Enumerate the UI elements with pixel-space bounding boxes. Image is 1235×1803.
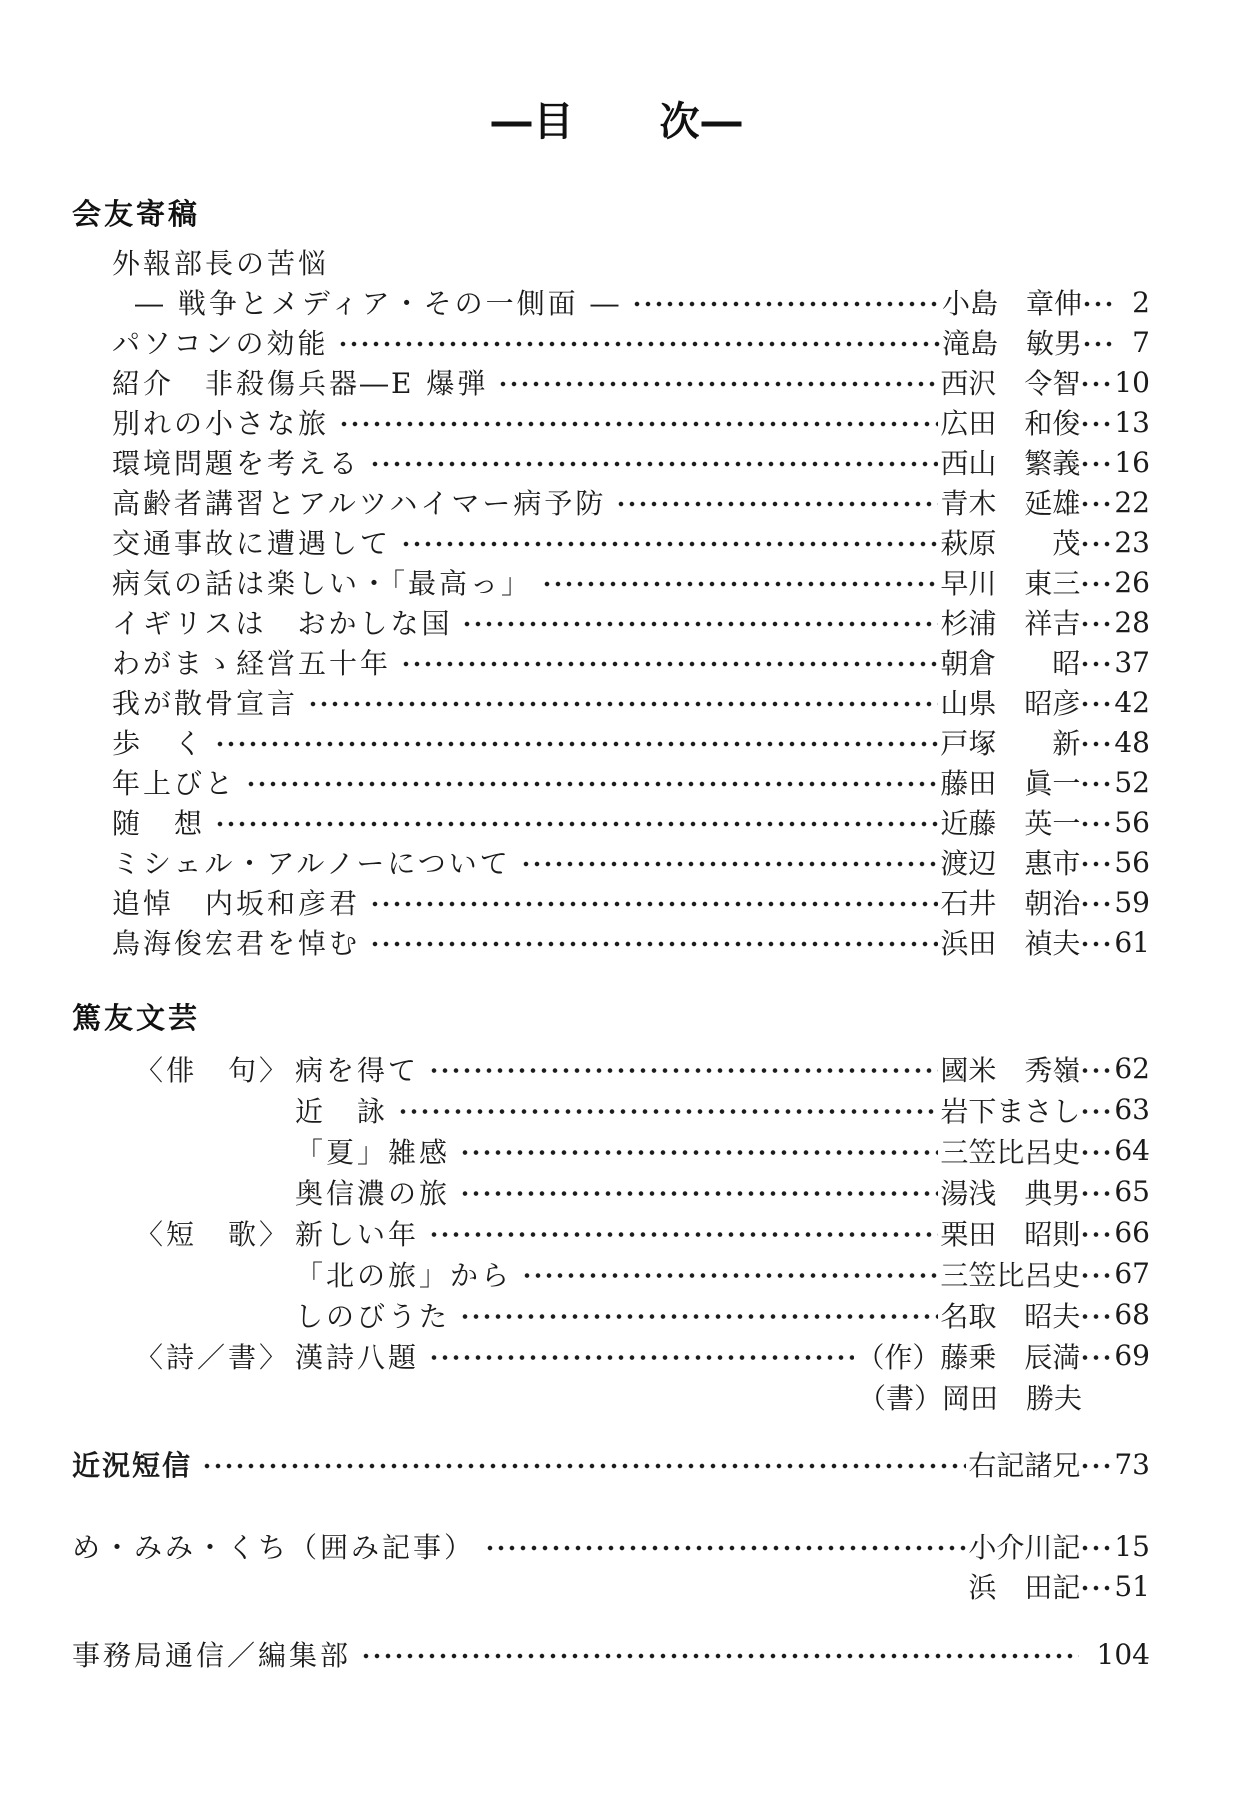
leader-dots-short [1080, 1253, 1114, 1294]
entry-title: 奥信濃の旅 [295, 1172, 450, 1212]
toc-entry: 近 詠 岩下まさし 63 [0, 1089, 1235, 1130]
entry-title: 病を得て [295, 1049, 419, 1089]
leader-dots [370, 922, 938, 962]
entry-title: 「夏」雑感 [295, 1131, 450, 1171]
toc-entry-jimukyoku: 事務局通信／編集部 104 [0, 1634, 1235, 1674]
leader-dots-short [1080, 882, 1114, 922]
leader-dots [338, 322, 940, 362]
toc-entry: ミシェル・アルノーについて 渡辺 惠市 56 [0, 842, 1235, 882]
leader-dots-short [1080, 562, 1114, 602]
entry-author: （書）岡田 勝夫 [858, 1377, 1082, 1417]
bungei-entries: 〈俳 句〉 病を得て 國米 秀嶺 62 近 詠 岩下まさし 63 「夏」雑感 三… [0, 1048, 1235, 1417]
leader-dots-short [1080, 762, 1114, 802]
entry-page-number: 62 [1114, 1052, 1150, 1085]
entry-title: パソコンの効能 [112, 322, 328, 362]
leader-dots [361, 1634, 1079, 1674]
toc-entry: パソコンの効能 滝島 敏男 7 [0, 322, 1235, 362]
entry-page-number: 15 [1114, 1530, 1150, 1563]
footer-entries: 近況短信 右記諸兄 73 め・みみ・くち（囲み記事） 小介川記 15 浜 田記 … [0, 1444, 1235, 1674]
entry-title: め・みみ・くち（囲み記事） [72, 1526, 475, 1566]
toc-entry: 〈俳 句〉 病を得て 國米 秀嶺 62 [0, 1048, 1235, 1089]
entry-title: 紹介 非殺傷兵器―E 爆弾 [112, 362, 488, 402]
entry-title: 高齢者講習とアルツハイマー病予防 [112, 482, 606, 522]
leader-dots [401, 522, 938, 562]
entry-author: 西山 繁義 [940, 442, 1080, 482]
leader-dots [460, 1294, 938, 1335]
toc-entry: 外報部長の苦悩 [0, 242, 1235, 282]
leader-dots [429, 1048, 938, 1089]
toc-entry: 高齢者講習とアルツハイマー病予防 青木 延雄 22 [0, 482, 1235, 522]
toc-entry: 鳥海俊宏君を悼む 浜田 禎夫 61 [0, 922, 1235, 962]
entry-title: イギリスは おかしな国 [112, 602, 452, 642]
leader-dots [521, 842, 939, 882]
leader-dots-short [1080, 922, 1114, 962]
entry-author: 浜田 禎夫 [940, 922, 1080, 962]
leader-dots [215, 722, 938, 762]
leader-dots [462, 602, 938, 642]
leader-dots [202, 1444, 966, 1484]
kaiyu-entries: 外報部長の苦悩 ― 戦争とメディア・その一側面 ― 小島 章伸 2 パソコンの効… [0, 242, 1235, 962]
entry-page-number: 26 [1114, 566, 1150, 599]
entry-author: 戸塚 新 [940, 722, 1080, 762]
entry-title: わがまゝ経営五十年 [112, 642, 391, 682]
entry-title: 漢詩八題 [295, 1336, 419, 1376]
toc-entry: 交通事故に遭遇して 萩原 茂 23 [0, 522, 1235, 562]
entry-author: 浜 田記 [968, 1566, 1080, 1606]
entry-title: 鳥海俊宏君を悼む [112, 922, 360, 962]
entry-title: 環境問題を考える [112, 442, 360, 482]
entry-page-number: 63 [1114, 1093, 1150, 1126]
entry-title: 外報部長の苦悩 [112, 242, 329, 282]
leader-dots-short [1080, 1566, 1114, 1606]
entry-author: 萩原 茂 [940, 522, 1080, 562]
entry-author: 三笠比呂史 [940, 1254, 1080, 1294]
leader-dots [370, 442, 938, 482]
leader-dots [246, 762, 938, 802]
entry-title: 年上びと [112, 762, 236, 802]
entry-title: 新しい年 [295, 1213, 419, 1253]
leader-dots [485, 1526, 966, 1566]
entry-author: 西沢 令智 [940, 362, 1080, 402]
leader-dots-short [1080, 722, 1114, 762]
entry-author: 栗田 昭則 [940, 1213, 1080, 1253]
leader-dots-short [1082, 282, 1116, 322]
entry-author: 山県 昭彦 [940, 682, 1080, 722]
entry-page-number: 64 [1114, 1134, 1150, 1167]
toc-entry: 我が散骨宣言 山県 昭彦 42 [0, 682, 1235, 722]
leader-dots-short [1080, 1212, 1114, 1253]
entry-author: 杉浦 祥吉 [940, 602, 1080, 642]
entry-title: 近況短信 [72, 1444, 192, 1484]
entry-author: 岩下まさし [940, 1090, 1080, 1130]
entry-page-number: 66 [1114, 1216, 1150, 1249]
leader-dots [542, 562, 938, 602]
entry-page-number: 28 [1114, 606, 1150, 639]
category-label-shi-sho: 〈詩／書〉 [135, 1336, 295, 1376]
entry-author: 広田 和俊 [940, 402, 1080, 442]
leader-dots-short [1080, 1130, 1114, 1171]
leader-dots-short [1080, 1335, 1114, 1376]
toc-entry: イギリスは おかしな国 杉浦 祥吉 28 [0, 602, 1235, 642]
entry-author: 早川 東三 [940, 562, 1080, 602]
leader-dots-short [1080, 642, 1114, 682]
entry-title: 病気の話は楽しい・「最高っ」 [112, 562, 532, 602]
leader-dots [460, 1130, 938, 1171]
entry-title: 我が散骨宣言 [112, 682, 298, 722]
entry-page-number: 42 [1114, 686, 1150, 719]
entry-page-number: 10 [1114, 366, 1150, 399]
entry-title: 事務局通信／編集部 [72, 1634, 351, 1674]
entry-author: 朝倉 昭 [940, 642, 1080, 682]
section-heading-kaiyu-kiko: 会友寄稿 [0, 196, 1235, 232]
leader-dots-short [1080, 1048, 1114, 1089]
entry-title: 随 想 [112, 802, 205, 842]
entry-author: 渡辺 惠市 [940, 842, 1080, 882]
leader-dots [215, 802, 938, 842]
entry-author: 湯浅 典男 [940, 1172, 1080, 1212]
leader-dots [632, 282, 940, 322]
entry-author: 右記諸兄 [968, 1444, 1080, 1484]
entry-author: （作）藤乗 辰満 [856, 1336, 1080, 1376]
category-label-haiku: 〈俳 句〉 [135, 1049, 295, 1089]
toc-entry: 〈短 歌〉 新しい年 栗田 昭則 66 [0, 1212, 1235, 1253]
leader-dots-short [1080, 1171, 1114, 1212]
toc-entry: 「北の旅」から 三笠比呂史 67 [0, 1253, 1235, 1294]
toc-entry: しのびうた 名取 昭夫 68 [0, 1294, 1235, 1335]
leader-dots [339, 402, 938, 442]
leader-dots [308, 682, 938, 722]
entry-title: 別れの小さな旅 [112, 402, 329, 442]
entry-page-number: 16 [1114, 446, 1150, 479]
entry-page-number: 61 [1114, 926, 1150, 959]
leader-dots-short [1080, 1444, 1114, 1484]
toc-entry-calligrapher: （書）岡田 勝夫 [0, 1376, 1235, 1417]
entry-page-number: 69 [1114, 1339, 1150, 1372]
leader-dots [370, 882, 938, 922]
section-heading-tokuyu-bungei: 篤友文芸 [0, 1000, 1235, 1036]
toc-entry: 別れの小さな旅 広田 和俊 13 [0, 402, 1235, 442]
toc-entry: 随 想 近藤 英一 56 [0, 802, 1235, 842]
entry-title: ミシェル・アルノーについて [112, 842, 511, 882]
leader-dots-short [1080, 482, 1114, 522]
leader-dots-short [1080, 362, 1114, 402]
entry-author: 青木 延雄 [940, 482, 1080, 522]
toc-entry: 奥信濃の旅 湯浅 典男 65 [0, 1171, 1235, 1212]
entry-page-number: 22 [1114, 486, 1150, 519]
toc-entry: 年上びと 藤田 眞一 52 [0, 762, 1235, 802]
entry-page-number: 13 [1114, 406, 1150, 439]
leader-dots [460, 1171, 938, 1212]
entry-title: 近 詠 [295, 1090, 388, 1130]
entry-page-number: 67 [1114, 1257, 1150, 1290]
leader-dots-short [1080, 802, 1114, 842]
leader-dots-short [1080, 1526, 1114, 1566]
entry-page-number: 51 [1114, 1570, 1150, 1603]
leader-dots-short [1080, 522, 1114, 562]
leader-dots-short [1080, 1294, 1114, 1335]
entry-page-number: 48 [1114, 726, 1150, 759]
entry-page-number: 56 [1114, 806, 1150, 839]
entry-title: しのびうた [295, 1295, 450, 1335]
entry-author: 小島 章伸 [942, 282, 1082, 322]
entry-author: 石井 朝治 [940, 882, 1080, 922]
entry-page-number: 37 [1114, 646, 1150, 679]
entry-page-number: 2 [1116, 286, 1150, 319]
entry-page-number: 68 [1114, 1298, 1150, 1331]
entry-page-number: 73 [1114, 1448, 1150, 1481]
entry-title: 「北の旅」から [295, 1254, 512, 1294]
leader-dots-short [1080, 682, 1114, 722]
leader-dots-short [1080, 402, 1114, 442]
entry-title: 追悼 内坂和彦君 [112, 882, 360, 922]
entry-page-number: 59 [1114, 886, 1150, 919]
toc-entry: 〈詩／書〉 漢詩八題 （作）藤乗 辰満 69 [0, 1335, 1235, 1376]
page-title: ―目 次― [0, 98, 1235, 146]
entry-author: 小介川記 [968, 1526, 1080, 1566]
leader-dots [429, 1212, 938, 1253]
entry-author: 近藤 英一 [940, 802, 1080, 842]
entry-page-number: 52 [1114, 766, 1150, 799]
entry-subtitle: ― 戦争とメディア・その一側面 ― [135, 282, 622, 322]
leader-dots [522, 1253, 938, 1294]
entry-page-number: 23 [1114, 526, 1150, 559]
leader-dots [498, 362, 938, 402]
leader-dots-short [1080, 602, 1114, 642]
toc-entry: 病気の話は楽しい・「最高っ」 早川 東三 26 [0, 562, 1235, 602]
toc-entry: 環境問題を考える 西山 繁義 16 [0, 442, 1235, 482]
leader-dots [398, 1089, 938, 1130]
toc-entry: わがまゝ経営五十年 朝倉 昭 37 [0, 642, 1235, 682]
entry-author: 國米 秀嶺 [940, 1049, 1080, 1089]
entry-author: 藤田 眞一 [940, 762, 1080, 802]
category-label-tanka: 〈短 歌〉 [135, 1213, 295, 1253]
leader-dots-short [1080, 842, 1114, 882]
entry-page-number: 56 [1114, 846, 1150, 879]
toc-entry: 歩 く 戸塚 新 48 [0, 722, 1235, 762]
toc-entry-me-mimi-kuchi: め・みみ・くち（囲み記事） 小介川記 15 [0, 1526, 1235, 1566]
leader-dots-short [1080, 442, 1114, 482]
toc-entry: ― 戦争とメディア・その一側面 ― 小島 章伸 2 [0, 282, 1235, 322]
leader-dots [429, 1335, 854, 1376]
toc-entry: 追悼 内坂和彦君 石井 朝治 59 [0, 882, 1235, 922]
entry-title: 歩 く [112, 722, 205, 762]
toc-entry: 紹介 非殺傷兵器―E 爆弾 西沢 令智 10 [0, 362, 1235, 402]
leader-dots [616, 482, 938, 522]
leader-dots-short [1082, 322, 1116, 362]
document-page: ―目 次― 会友寄稿 外報部長の苦悩 ― 戦争とメディア・その一側面 ― 小島 … [0, 0, 1235, 1803]
entry-author: 三笠比呂史 [940, 1131, 1080, 1171]
leader-dots [401, 642, 938, 682]
entry-page-number: 7 [1116, 326, 1150, 359]
entry-page-number: 104 [1081, 1638, 1150, 1671]
toc-entry-kinkyo-tanshin: 近況短信 右記諸兄 73 [0, 1444, 1235, 1484]
entry-author: 滝島 敏男 [942, 322, 1082, 362]
entry-author: 名取 昭夫 [940, 1295, 1080, 1335]
toc-entry: 「夏」雑感 三笠比呂史 64 [0, 1130, 1235, 1171]
toc-entry-hamada-ki: 浜 田記 51 [0, 1566, 1235, 1606]
leader-dots-short [1080, 1089, 1114, 1130]
entry-page-number: 65 [1114, 1175, 1150, 1208]
entry-title: 交通事故に遭遇して [112, 522, 391, 562]
